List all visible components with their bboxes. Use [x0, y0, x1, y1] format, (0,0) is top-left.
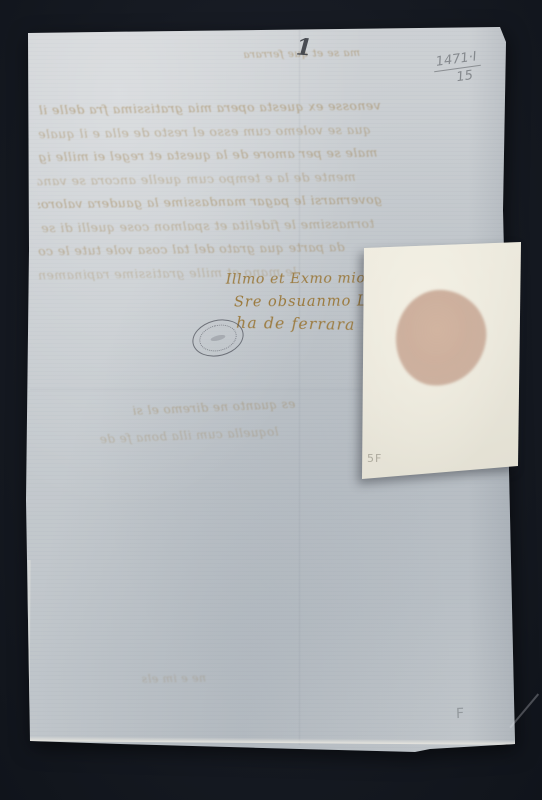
pencil-letter-annotation: F: [456, 706, 465, 722]
seal-patch-wrap: 5F: [362, 242, 522, 482]
archival-folio-number: 1: [295, 33, 313, 61]
showthrough-line: ma se et que ferrara: [228, 46, 360, 62]
seal-patch-paper: 5F: [362, 242, 522, 482]
address-line-3: ha de ferrara: [236, 314, 378, 334]
wax-seal-remnant: [391, 286, 491, 391]
photograph-background: ma se et que ferrara 1 1471·I 15 venosse…: [0, 0, 542, 800]
patch-pencil-note: 5F: [367, 452, 382, 465]
address-line-1: Illmo et Exmo mio: [226, 270, 377, 287]
address-line-2: Sre obsuanmo Lo: [234, 293, 377, 310]
showthrough-lower-block: es quanto ne diremo el si loquella cum i…: [55, 391, 297, 455]
showthrough-top-line: ma se et que ferrara: [228, 46, 360, 62]
showthrough-bottom-trace: ne e im els: [46, 667, 206, 693]
oval-archive-stamp-icon: [188, 314, 247, 362]
bottom-deckle-edge: [28, 736, 516, 745]
address-block: Illmo et Exmo mio Sre obsuanmo Lo ha de …: [226, 270, 378, 333]
archival-shelfmark: 1471·I 15: [432, 49, 483, 88]
showthrough-line: ne e im els: [46, 667, 206, 693]
left-deckle-edge: [26, 560, 30, 740]
